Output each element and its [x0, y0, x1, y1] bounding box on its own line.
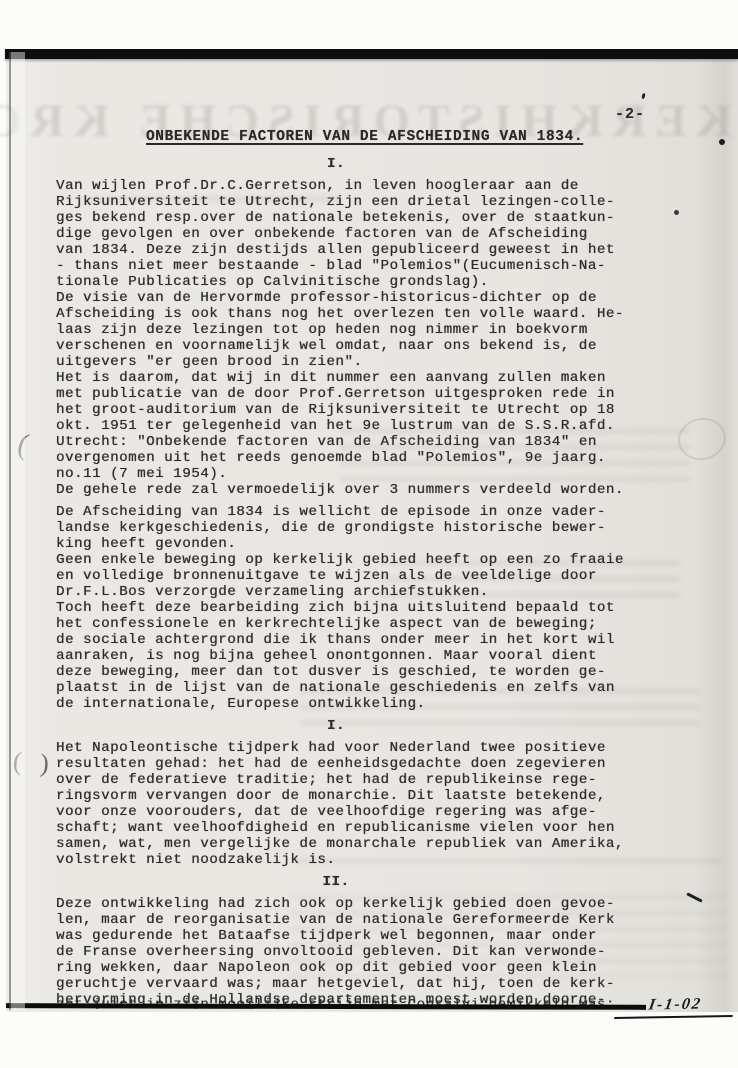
scan-top-bar	[5, 49, 738, 59]
text-line: ring wekken, daar Napoleon ook op dit ge…	[56, 960, 706, 976]
ink-dot	[674, 210, 679, 215]
text-line: samen, wat, men vergelijke de monarchale…	[56, 836, 706, 852]
text-line: De visie van de Hervormde professor-hist…	[56, 290, 706, 306]
text-line: Van wijlen Prof.Dr.C.Gerretson, in leven…	[56, 178, 706, 194]
text-line: Het Napoleontische tijdperk had voor Ned…	[56, 740, 706, 756]
scanned-document: KERKHISTORISCHE KRONIEK -2- ONBEKENDE FA…	[0, 0, 738, 1068]
page-number: -2-	[615, 106, 645, 123]
text-line: deze beweging, meer dan tot dusver is ge…	[56, 664, 706, 680]
text-line: Geen enkele beweging op kerkelijk gebied…	[56, 552, 706, 568]
text-line: het groot-auditorium van de Rijksunivers…	[56, 402, 706, 418]
text-line: De Afscheiding van 1834 is wellicht de e…	[56, 504, 706, 520]
text-line: Toch heeft deze bearbeiding zich bijna u…	[56, 600, 706, 616]
text-line: met publicatie van de door Prof.Gerretso…	[56, 386, 706, 402]
section-heading: II.	[56, 874, 616, 890]
text-line: tionale Publicaties op Calvinitische gro…	[56, 274, 706, 290]
paragraph: Het Napoleontische tijdperk had voor Ned…	[56, 740, 706, 868]
text-flow: I.Van wijlen Prof.Dr.C.Gerretson, in lev…	[56, 156, 706, 1008]
text-line: ges bekend resp.over de nationale beteke…	[56, 210, 706, 226]
text-line: Dr.F.L.Bos verzorgde verzameling archief…	[56, 584, 706, 600]
text-line: Het is daarom, dat wij in dit nummer een…	[56, 370, 706, 386]
text-line: was gedurende het Bataafse tijdperk wel …	[56, 928, 706, 944]
paragraph: De Afscheiding van 1834 is wellicht de e…	[56, 504, 706, 712]
text-line: voor onze voorouders, dat de veelhoofdig…	[56, 804, 706, 820]
text-line: de internationale, Europese ontwikkeling…	[56, 696, 706, 712]
text-line: van 1834. Deze zijn destijds allen gepub…	[56, 242, 706, 258]
text-line: Deze ontwikkeling had zich ook op kerkel…	[56, 896, 706, 912]
text-line: - thans niet meer bestaande - blad "Pole…	[56, 258, 706, 274]
text-line: De gehele rede zal vermoedelijk over 3 n…	[56, 482, 706, 498]
text-line: Rijksuniversiteit te Utrecht, zijn een d…	[56, 194, 706, 210]
text-line: no.11 (7 mei 1954).	[56, 466, 706, 482]
text-line: len, maar de reorganisatie van de nation…	[56, 912, 706, 928]
text-line: uitgevers "er geen brood in zien".	[56, 354, 706, 370]
text-line: ringsvorm vervangen door de monarchie. D…	[56, 788, 706, 804]
text-line: de sociale achtergrond die ik thans onde…	[56, 632, 706, 648]
text-line: het confessionele en kerkrechtelijke asp…	[56, 616, 706, 632]
text-line: Utrecht: "Onbekende factoren van de Afsc…	[56, 434, 706, 450]
section-heading: I.	[56, 718, 616, 734]
text-line: overgenomen uit het reeds genoemde blad …	[56, 450, 706, 466]
text-line: en volledige bronnenuitgave te wijzen al…	[56, 568, 706, 584]
text-line: okt. 1951 ter gelegenheid van het 9e lus…	[56, 418, 706, 434]
text-line: dige gevolgen en over onbekende factoren…	[56, 226, 706, 242]
text-line: king heeft gevonden.	[56, 536, 706, 552]
text-line: schaft; want veelhoofdigheid en republic…	[56, 820, 706, 836]
text-line: plaatst in de lijst van de nationale ges…	[56, 680, 706, 696]
text-line: resultaten gehad: het had de eenheidsged…	[56, 756, 706, 772]
text-line: volstrekt niet noodzakelijk is.	[56, 852, 706, 868]
text-line: de Franse overheersing onvoltooid geblev…	[56, 944, 706, 960]
section-heading: I.	[56, 156, 616, 172]
text-line: verschenen en voornamelijk wel omdat, na…	[56, 338, 706, 354]
text-line: Afscheiding is ook thans nog het overlez…	[56, 306, 706, 322]
text-line: laas zijn deze lezingen tot op heden nog…	[56, 322, 706, 338]
text-line: aanraken, is nog bijna geheel onontgonne…	[56, 648, 706, 664]
text-line: geruchtje vervaard was; maar hetgeviel, …	[56, 976, 706, 992]
ink-dot	[719, 139, 725, 145]
text-line: landse kerkgeschiedenis, die de grondigs…	[56, 520, 706, 536]
paragraph: Van wijlen Prof.Dr.C.Gerretson, in leven…	[56, 178, 706, 498]
page-left-strip	[11, 52, 25, 1010]
paragraph: Deze ontwikkeling had zich ook op kerkel…	[56, 896, 706, 1008]
text-line: over de federatieve traditie; het had de…	[56, 772, 706, 788]
document-title: ONBEKENDE FACTOREN VAN DE AFSCHEIDING VA…	[146, 129, 583, 145]
